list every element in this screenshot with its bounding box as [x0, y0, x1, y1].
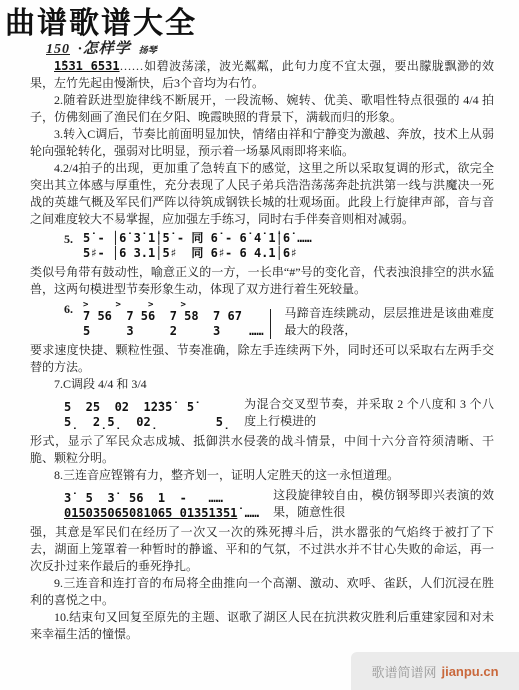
article-body: 1̇531 6531……如碧波荡漾，波光粼粼，此句力度不宜太强，要出朦胧飘渺的效…	[30, 58, 494, 643]
paragraph-10: 10.结束句又回复至原先的主题、讴歌了湖区人民在抗洪救灾胜利后重建家园和对未来幸…	[30, 609, 494, 643]
paragraph-7-text: 形式，显示了军民众志成城、抵御洪水侵袭的战斗情景，中间十六分音符须清晰、干脆、颗…	[30, 433, 494, 467]
book-header: 150 ·怎样学 扬琴	[46, 37, 157, 58]
book-instrument: 扬琴	[139, 45, 157, 55]
notation-8-lines: 3̇ 5 3̇ 56 1 - …… 015035065081065 013513…	[64, 491, 259, 521]
paragraph-3: 3.转入C调后，节奏比前面明显加快，情绪由祥和宁静变为激越、奔放，技术上从弱轮向…	[30, 126, 494, 160]
notation-line: 3̇ 5 3̇ 56 1 - ……	[64, 491, 259, 506]
notation-block-6: 6. > > > > 7 56 7 56 7 58 7 67 5 3 2 3 ……	[64, 301, 494, 339]
notation-line: 5̣ 2̣5̣ 02̣ 5̣	[64, 415, 230, 430]
book-title: ·怎样学	[78, 41, 131, 57]
paragraph-7-intro: 7.C调段 4/4 和 3/4	[30, 376, 494, 393]
inline-notation: 1̇531 6531	[54, 59, 120, 73]
notation-line: 5 3 2 3 ……	[83, 324, 264, 339]
notation-line: 7 56 7 56 7 58 7 67	[83, 309, 264, 324]
paragraph-5-text: 类似号角带有鼓动性，喻意正义的一方，一长串“#”号的变化音，代表浊浪排空的洪水猛…	[30, 264, 494, 298]
paragraph-8-text-right: 这段旋律较自由，模仿钢琴即兴表演的效果，随意性很	[273, 487, 494, 521]
paragraph-6-text-right: 马蹄音连续跳动，层层推进是该曲难度最大的段落，	[284, 305, 494, 339]
paragraph-6-text: 要求速度快捷、颗粒性强、节奏准确，除左手连续两下外，同时还可以采取右左两手交替的…	[30, 342, 494, 376]
paragraph-8-head: 8.三连音应铿锵有力，整齐划一，证明人定胜天的这一永恒道理。	[30, 467, 494, 484]
notation-ellipsis: ……	[237, 506, 259, 520]
paragraph-1: 1̇531 6531……如碧波荡漾，波光粼粼，此句力度不宜太强，要出朦胧飘渺的效…	[30, 58, 494, 92]
scanned-score-page: 曲谱歌谱大全 150 ·怎样学 扬琴 1̇531 6531……如碧波荡漾，波光粼…	[0, 0, 519, 690]
page-title: 曲谱歌谱大全	[5, 0, 197, 42]
notation-6-lines: > > > > 7 56 7 56 7 58 7 67 5 3 2 3 ……	[83, 301, 264, 339]
watermark-footer: 歌谱简谱网 jianpu.cn	[351, 652, 519, 690]
watermark-site-url: jianpu.cn	[441, 664, 498, 679]
paragraph-4: 4.2/4拍子的出现，更加重了急转直下的感觉，这里之所以采取复调的形式，欲完全突…	[30, 160, 494, 228]
barline	[270, 309, 271, 339]
notation-underlined: 015035065081065 01351351̇	[64, 506, 237, 520]
notation-5-lines: 5̇ - │6̇ 3̇ 1̇│5̇ - 同 6̇ - 6̇ 4̇ 1̇│6̇ ……	[83, 231, 312, 261]
notation-line: 5 25 02 1̇2̇3̇5̇ 5̇	[64, 400, 230, 415]
page-number: 150	[46, 42, 70, 57]
notation-line: 5̇ - │6̇ 3̇ 1̇│5̇ - 同 6̇ - 6̇ 4̇ 1̇│6̇ ……	[83, 231, 312, 246]
notation-7-lines: 5 25 02 1̇2̇3̇5̇ 5̇ 5̣ 2̣5̣ 02̣ 5̣	[64, 400, 230, 430]
notation-5-label: 5.	[64, 231, 73, 248]
paragraph-8-text: 强，其意是军民们在经历了一次又一次的殊死搏斗后，洪水嚣张的气焰终于被打了下去，湖…	[30, 524, 494, 575]
watermark-site-name: 歌谱简谱网	[371, 662, 436, 681]
notation-block-7: 5 25 02 1̇2̇3̇5̇ 5̇ 5̣ 2̣5̣ 02̣ 5̣ 为混合交叉…	[64, 396, 494, 430]
notation-line: 5♯- │6 3.1│5♯ 同 6♯- 6 4.1│6♯	[83, 246, 312, 261]
notation-line: 015035065081065 01351351̇ ……	[64, 506, 259, 521]
notation-block-8: 3̇ 5 3̇ 56 1 - …… 015035065081065 013513…	[64, 487, 494, 521]
paragraph-9: 9.三连音和连打音的布局将全曲推向一个高潮、激动、欢呼、雀跃，人们沉浸在胜利的喜…	[30, 575, 494, 609]
paragraph-7-text-right: 为混合交叉型节奏，并采取 2 个八度和 3 个八度上行模进的	[244, 396, 494, 430]
notation-6-label: 6.	[64, 301, 73, 318]
accent-marks: > > > >	[83, 301, 264, 309]
paragraph-2: 2.随着跃进型旋律线不断展开，一段流畅、婉转、优美、歌唱性特点很强的 4/4 拍…	[30, 92, 494, 126]
notation-block-5: 5. 5̇ - │6̇ 3̇ 1̇│5̇ - 同 6̇ - 6̇ 4̇ 1̇│6…	[64, 231, 494, 261]
